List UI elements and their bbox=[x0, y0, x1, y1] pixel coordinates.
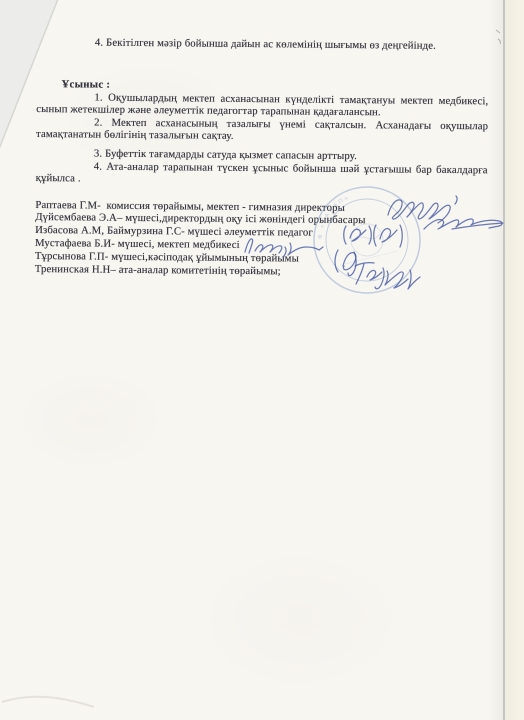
paper-crease bbox=[2, 697, 94, 707]
scanned-document-page: 4. Бекітілген мәзір бойынша дайын ас көл… bbox=[0, 0, 524, 720]
signatories-list: Раптаева Г.М- комиссия төрайымы, мектеп … bbox=[35, 199, 488, 280]
document-body: 4. Бекітілген мәзір бойынша дайын ас көл… bbox=[35, 36, 489, 280]
pen-scuff-marks bbox=[496, 30, 500, 44]
page-right-edge bbox=[503, 0, 524, 720]
